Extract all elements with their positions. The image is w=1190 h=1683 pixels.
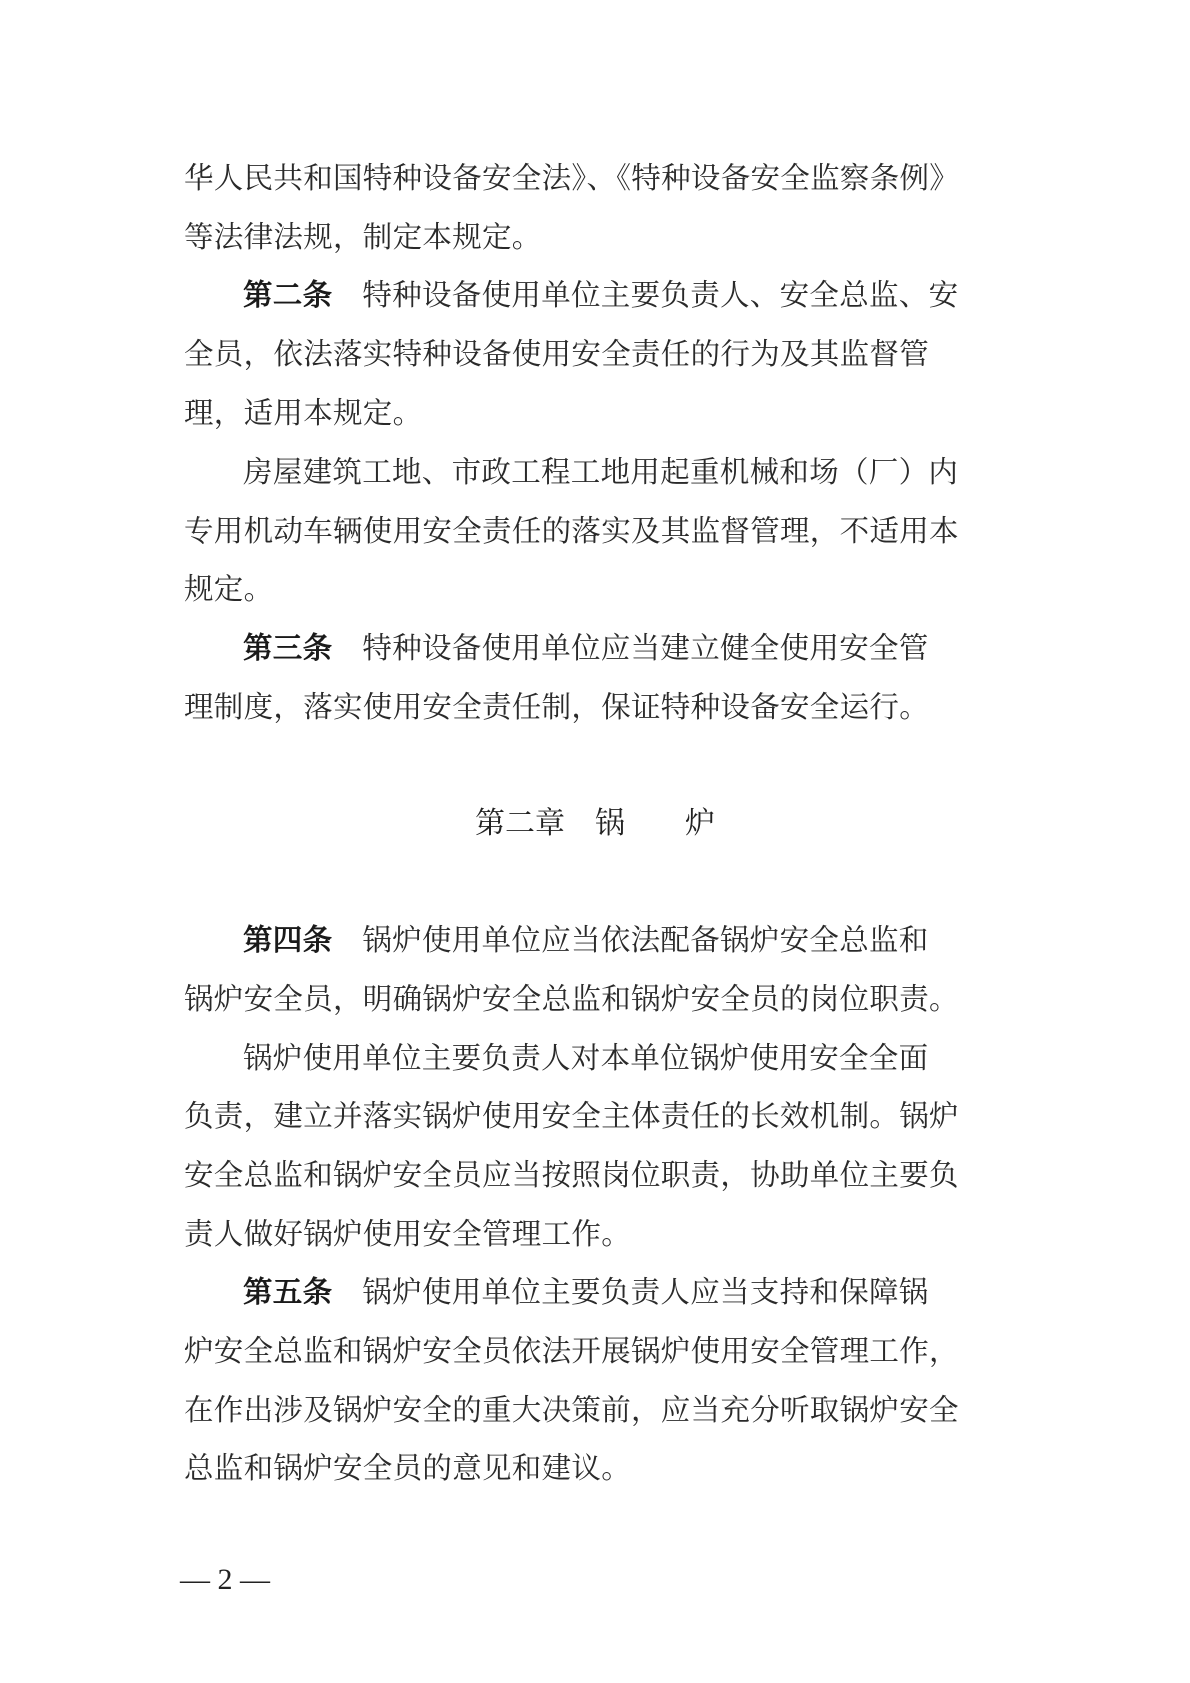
article-text: 特种设备使用单位应当建立健全使用安全管 xyxy=(362,631,928,665)
article-text: 锅炉使用单位主要负责人应当支持和保障锅 xyxy=(362,1275,928,1309)
body-line: 理，适用本规定。 xyxy=(184,395,1024,431)
article-text: 锅炉使用单位应当依法配备锅炉安全总监和 xyxy=(362,923,928,957)
article-paragraph: 第二条特种设备使用单位主要负责人、安全总监、安 xyxy=(243,277,1083,313)
body-line: 责人做好锅炉使用安全管理工作。 xyxy=(184,1216,1024,1252)
body-line: 锅炉使用单位主要负责人对本单位锅炉使用安全全面 xyxy=(243,1040,1083,1076)
body-line: 房屋建筑工地、市政工程工地用起重机械和场（厂）内 xyxy=(243,454,1083,490)
body-line: 炉安全总监和锅炉安全员依法开展锅炉使用安全管理工作， xyxy=(184,1333,1024,1369)
body-line: 在作出涉及锅炉安全的重大决策前，应当充分听取锅炉安全 xyxy=(184,1392,1024,1428)
article-text: 特种设备使用单位主要负责人、安全总监、安 xyxy=(362,278,958,312)
body-line: 专用机动车辆使用安全责任的落实及其监督管理，不适用本 xyxy=(184,513,1024,549)
article-paragraph: 第五条锅炉使用单位主要负责人应当支持和保障锅 xyxy=(243,1274,1083,1310)
body-line: 总监和锅炉安全员的意见和建议。 xyxy=(184,1450,1024,1486)
chapter-heading: 第二章锅炉 xyxy=(0,806,1190,842)
body-line: 理制度，落实使用安全责任制，保证特种设备安全运行。 xyxy=(184,689,1024,725)
body-line: 华人民共和国特种设备安全法》、《特种设备安全监察条例》 xyxy=(184,160,1024,196)
article-label: 第四条 xyxy=(243,923,332,957)
body-line: 锅炉安全员，明确锅炉安全总监和锅炉安全员的岗位职责。 xyxy=(184,981,1024,1017)
body-line: 负责，建立并落实锅炉使用安全主体责任的长效机制。锅炉 xyxy=(184,1098,1024,1134)
chapter-title-char: 炉 xyxy=(685,806,715,841)
article-paragraph: 第四条锅炉使用单位应当依法配备锅炉安全总监和 xyxy=(243,922,1083,958)
article-label: 第三条 xyxy=(243,631,332,665)
body-line: 等法律法规，制定本规定。 xyxy=(184,219,1024,255)
page-number: — 2 — xyxy=(180,1562,270,1598)
body-line: 安全总监和锅炉安全员应当按照岗位职责，协助单位主要负 xyxy=(184,1157,1024,1193)
article-label: 第五条 xyxy=(243,1275,332,1309)
article-paragraph: 第三条特种设备使用单位应当建立健全使用安全管 xyxy=(243,630,1083,666)
chapter-number: 第二章 xyxy=(475,806,565,841)
body-line: 规定。 xyxy=(184,571,1024,607)
article-label: 第二条 xyxy=(243,278,332,312)
document-page: 华人民共和国特种设备安全法》、《特种设备安全监察条例》 等法律法规，制定本规定。… xyxy=(0,0,1190,1683)
chapter-title-char: 锅 xyxy=(595,806,625,841)
body-line: 全员，依法落实特种设备使用安全责任的行为及其监督管 xyxy=(184,336,1024,372)
